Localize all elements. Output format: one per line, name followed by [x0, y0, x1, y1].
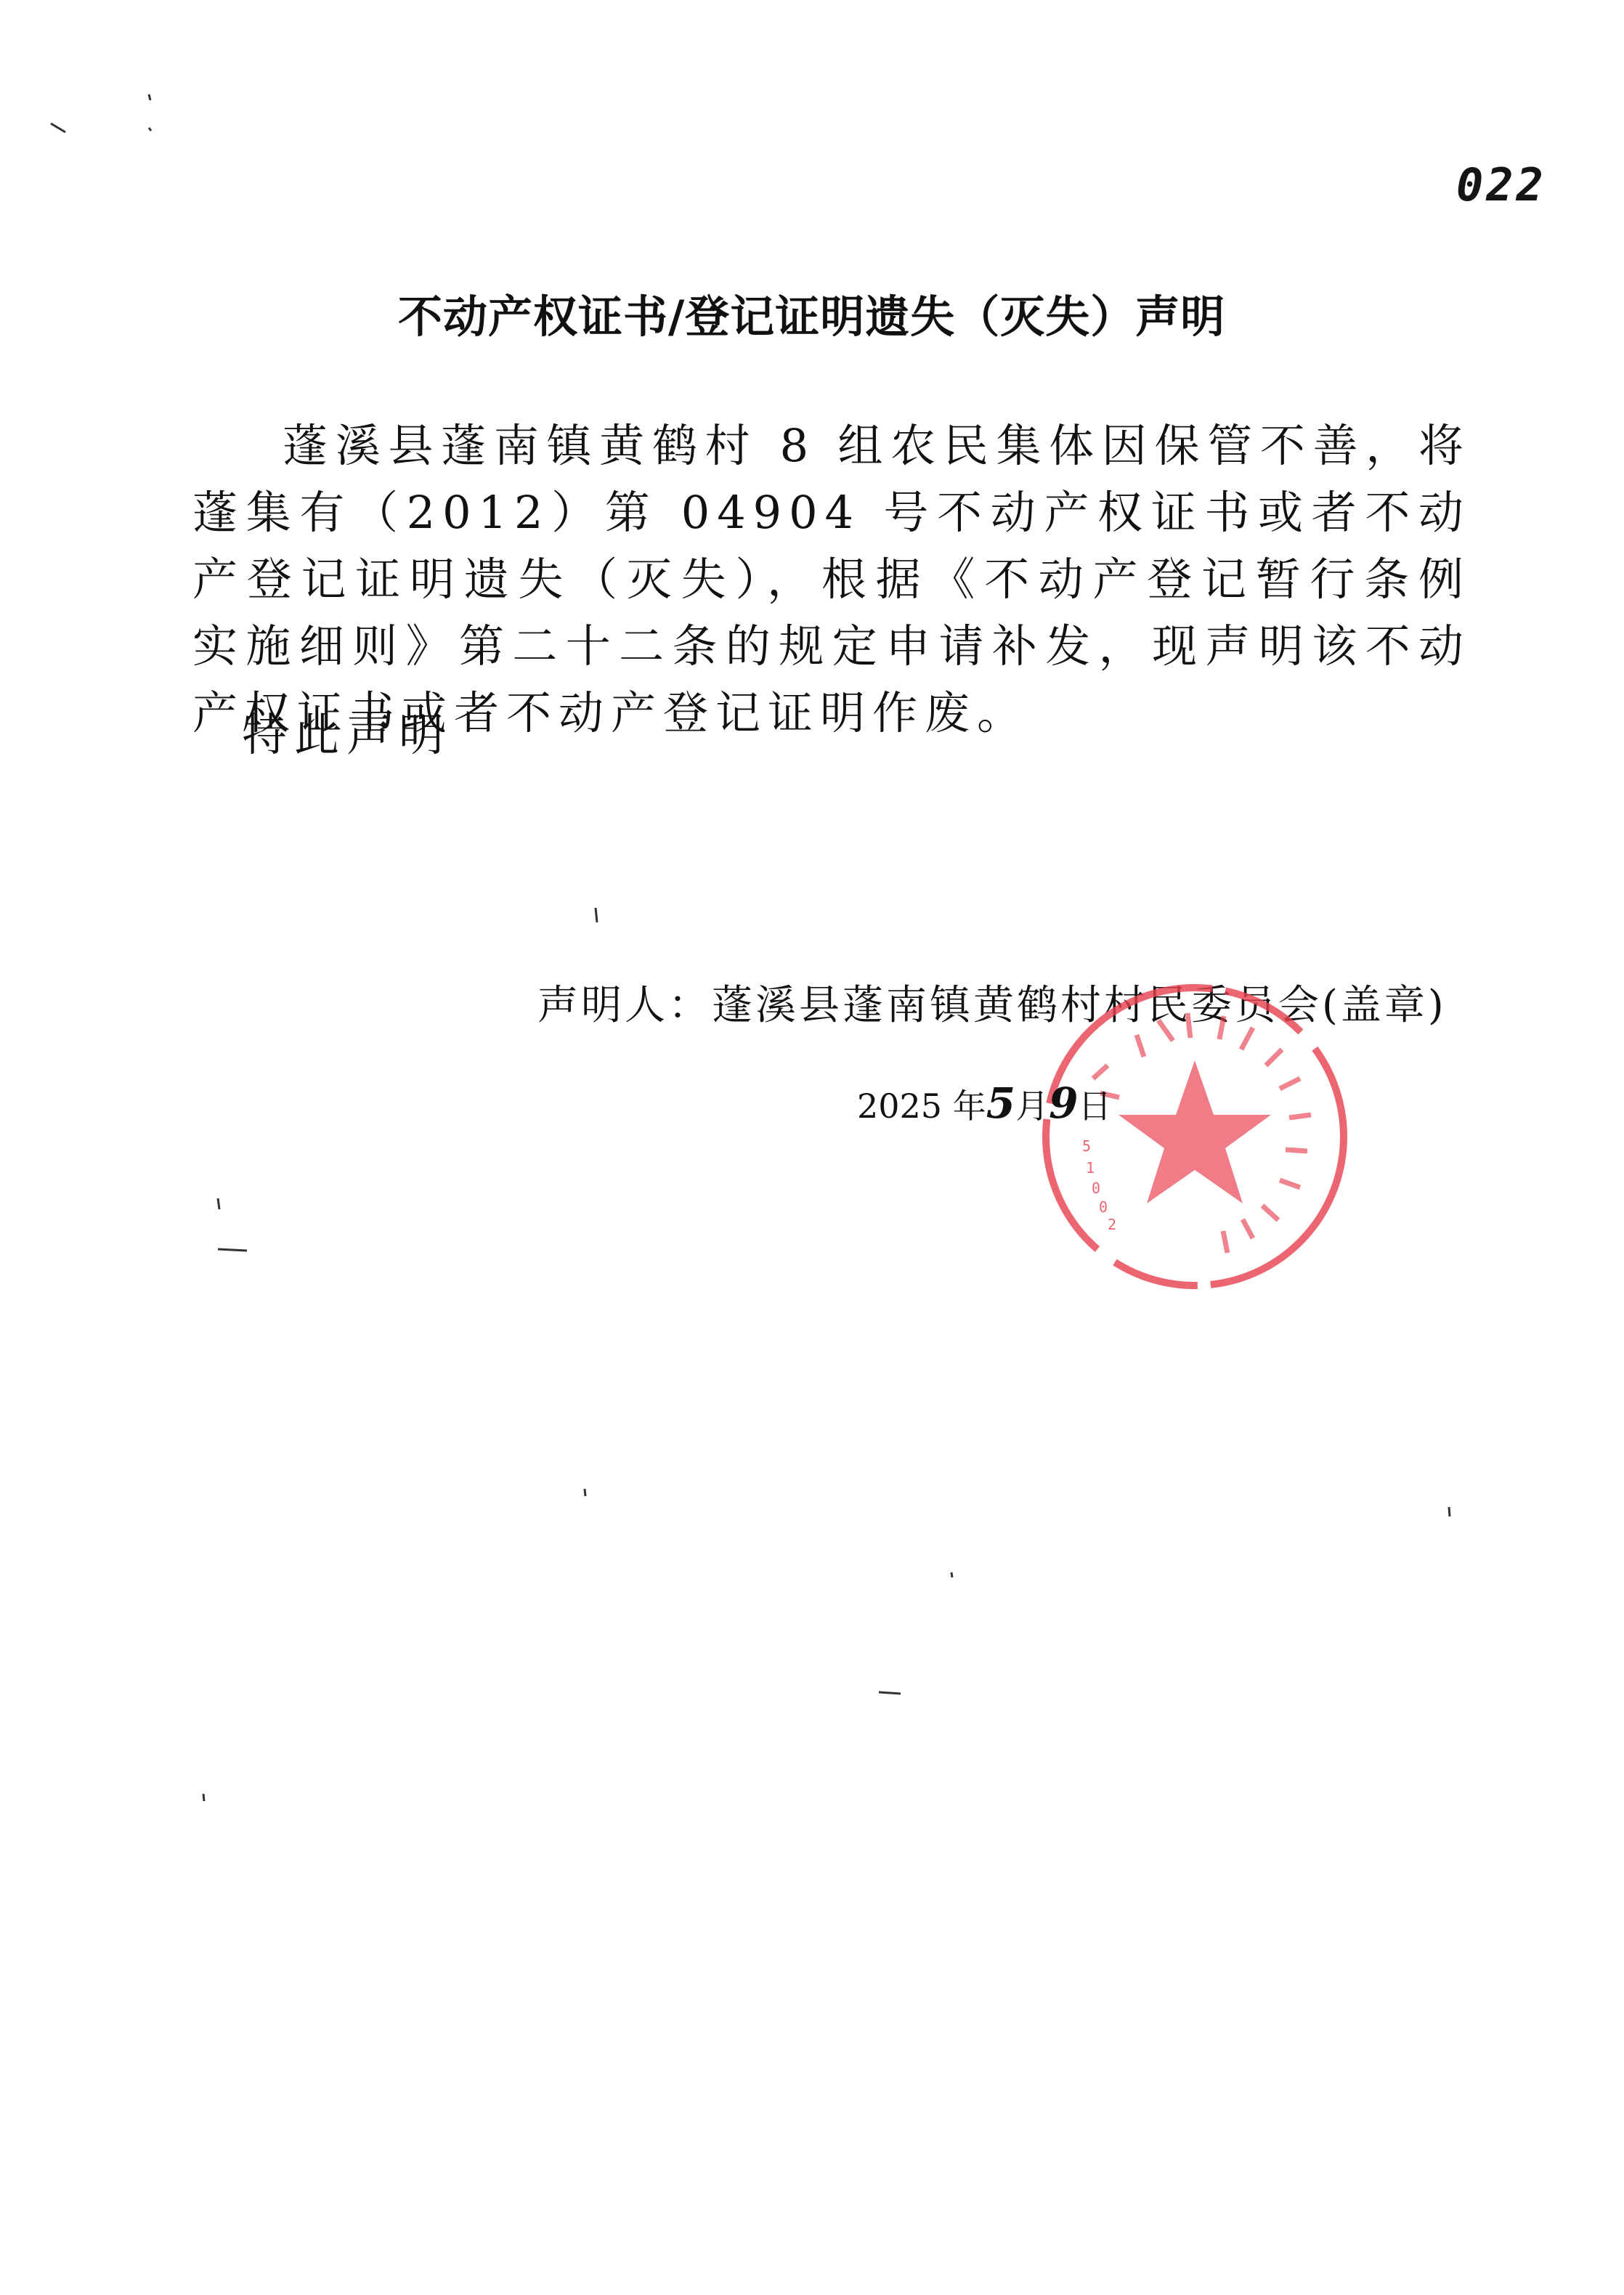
document-title: 不动产权证书/登记证明遗失（灭失）声明: [398, 282, 1225, 345]
signer-label: 声明人：: [537, 982, 712, 1029]
svg-text:5: 5: [1082, 1137, 1091, 1155]
svg-text:2: 2: [1108, 1216, 1116, 1233]
svg-text:0: 0: [1092, 1179, 1100, 1197]
declaration-date: 2025 年5月9日: [857, 1079, 1111, 1128]
closing-statement: 特此声明: [242, 699, 451, 763]
svg-text:1: 1: [1086, 1159, 1095, 1177]
date-year: 2025 年: [857, 1086, 986, 1126]
date-day-suffix: 日: [1078, 1086, 1111, 1126]
declaration-body: 蓬溪县蓬南镇黄鹤村 8 组农民集体因保管不善，将蓬集有（2012）第 04904…: [192, 413, 1471, 747]
page-number: 022: [1456, 158, 1546, 211]
svg-text:0: 0: [1099, 1198, 1108, 1216]
declaration-paragraph: 蓬溪县蓬南镇黄鹤村 8 组农民集体因保管不善，将蓬集有（2012）第 04904…: [192, 413, 1471, 747]
official-seal-icon: 51002: [1013, 970, 1362, 1304]
date-month-suffix: 月: [1015, 1086, 1049, 1126]
date-month-handwritten: 5: [986, 1079, 1015, 1128]
date-day-handwritten: 9: [1049, 1079, 1078, 1128]
